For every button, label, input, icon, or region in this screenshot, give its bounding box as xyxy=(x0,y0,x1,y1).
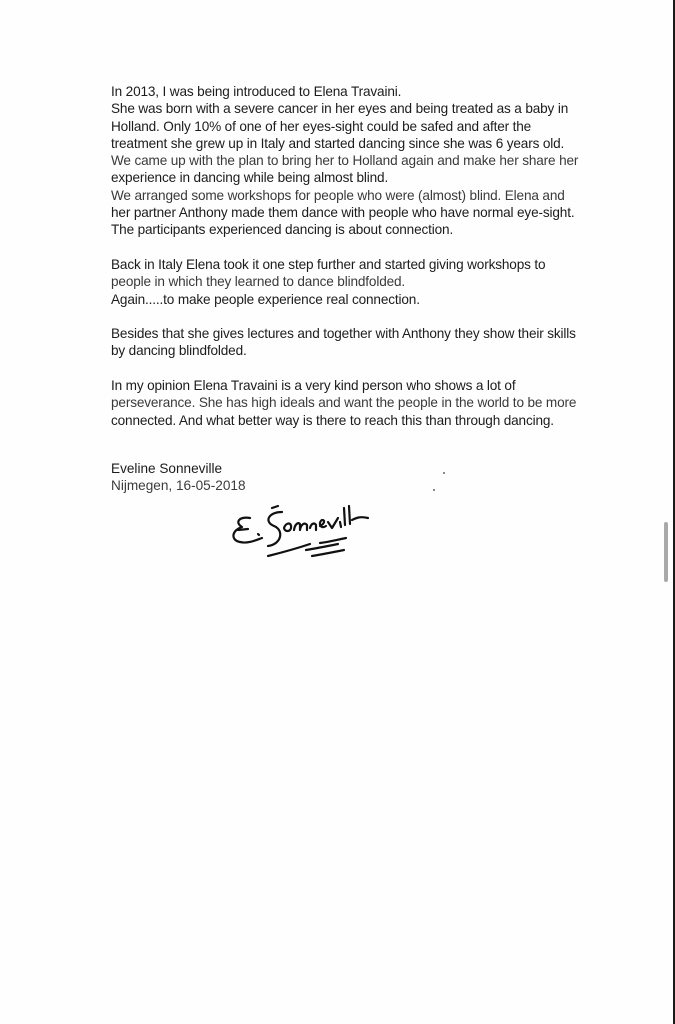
vertical-scrollbar[interactable] xyxy=(664,522,668,582)
paragraph-lectures: Besides that she gives lectures and toge… xyxy=(111,325,651,360)
letter-closing: Eveline Sonneville Nijmegen, 16-05-2018 xyxy=(111,460,246,495)
text-line: by dancing blindfolded. xyxy=(111,342,651,359)
text-line: Besides that she gives lectures and toge… xyxy=(111,325,651,342)
text-line: perseverance. She has high ideals and wa… xyxy=(111,394,651,411)
paragraph-opinion: In my opinion Elena Travaini is a very k… xyxy=(111,377,651,429)
document-page: In 2013, I was being introduced to Elena… xyxy=(0,0,673,1024)
place-date: Nijmegen, 16-05-2018 xyxy=(111,477,246,494)
text-line: She was born with a severe cancer in her… xyxy=(111,100,651,117)
text-line: In 2013, I was being introduced to Elena… xyxy=(111,83,651,100)
text-line: people in which they learned to dance bl… xyxy=(111,273,651,290)
text-line: Again.....to make people experience real… xyxy=(111,291,651,308)
text-line: connected. And what better way is there … xyxy=(111,412,651,429)
text-line: The participants experienced dancing is … xyxy=(111,221,651,238)
letter-body: In 2013, I was being introduced to Elena… xyxy=(111,83,651,446)
text-line: experience in dancing while being almost… xyxy=(111,169,651,186)
paragraph-italy: Back in Italy Elena took it one step fur… xyxy=(111,256,651,308)
text-line: treatment she grew up in Italy and start… xyxy=(111,135,651,152)
scan-speck xyxy=(443,472,445,474)
text-line: We arranged some workshops for people wh… xyxy=(111,187,651,204)
text-line: Back in Italy Elena took it one step fur… xyxy=(111,256,651,273)
text-line: Holland. Only 10% of one of her eyes-sig… xyxy=(111,118,651,135)
signer-name: Eveline Sonneville xyxy=(111,460,246,477)
text-line: In my opinion Elena Travaini is a very k… xyxy=(111,377,651,394)
text-line: her partner Anthony made them dance with… xyxy=(111,204,651,221)
scan-speck xyxy=(433,489,435,491)
handwritten-signature-icon xyxy=(228,500,378,570)
paragraph-intro: In 2013, I was being introduced to Elena… xyxy=(111,83,651,239)
text-line: We came up with the plan to bring her to… xyxy=(111,152,651,169)
